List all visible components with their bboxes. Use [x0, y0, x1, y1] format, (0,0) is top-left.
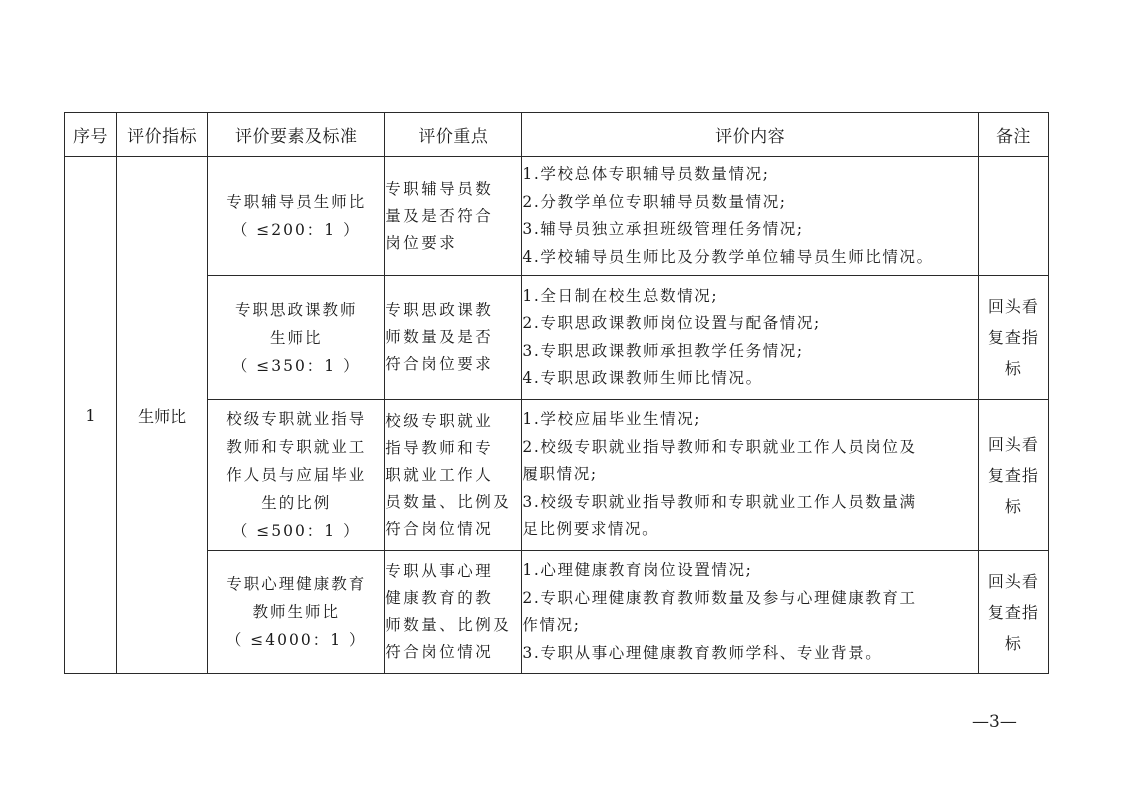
standard-line: 专职思政课教师 [208, 296, 384, 324]
standard-cell: 专职辅导员生师比 （ ≤200：1 ） [208, 157, 385, 276]
focus-line: 专职辅导员数 [385, 176, 521, 203]
standard-line: 生师比 [208, 324, 384, 352]
standard-cell: 专职心理健康教育 教师生师比 （ ≤4000：1 ） [208, 551, 385, 674]
focus-cell: 专职思政课教 师数量及是否 符合岗位要求 [385, 276, 522, 400]
focus-line: 职就业工作人 [385, 462, 521, 489]
note-line: 标 [979, 353, 1048, 384]
header-seq: 序号 [65, 113, 117, 157]
content-cell: 1.学校应届毕业生情况; 2.校级专职就业指导教师和专职就业工作人员岗位及 履职… [522, 400, 978, 551]
content-line: 3.校级专职就业指导教师和专职就业工作人员数量满 [522, 489, 977, 517]
content-cell: 1.全日制在校生总数情况; 2.专职思政课教师岗位设置与配备情况; 3.专职思政… [522, 276, 978, 400]
content-line: 1.学校应届毕业生情况; [522, 406, 977, 434]
content-line: 1.学校总体专职辅导员数量情况; [522, 161, 977, 189]
focus-line: 健康教育的教 [385, 585, 521, 612]
focus-line: 师数量及是否 [385, 324, 521, 351]
header-focus: 评价重点 [385, 113, 522, 157]
note-line: 标 [979, 628, 1048, 659]
focus-line: 师数量、比例及 [385, 612, 521, 639]
standard-line: （ ≤200：1 ） [208, 216, 384, 244]
standard-line: 教师生师比 [208, 598, 384, 626]
focus-line: 符合岗位情况 [385, 639, 521, 666]
page-number: —3— [972, 712, 1017, 732]
standard-cell: 校级专职就业指导 教师和专职就业工 作人员与应届毕业 生的比例 （ ≤500：1… [208, 400, 385, 551]
content-line: 作情况; [522, 612, 977, 640]
note-cell: 回头看 复查指 标 [978, 276, 1048, 400]
standard-line: 专职辅导员生师比 [208, 188, 384, 216]
focus-line: 员数量、比例及 [385, 489, 521, 516]
table-row: 专职心理健康教育 教师生师比 （ ≤4000：1 ） 专职从事心理 健康教育的教… [65, 551, 1049, 674]
content-line: 2.专职思政课教师岗位设置与配备情况; [522, 310, 977, 338]
focus-line: 量及是否符合 [385, 203, 521, 230]
focus-line: 专职从事心理 [385, 558, 521, 585]
focus-line: 专职思政课教 [385, 297, 521, 324]
note-line: 复查指 [979, 460, 1048, 491]
header-standard: 评价要素及标准 [208, 113, 385, 157]
content-line: 4.学校辅导员生师比及分教学单位辅导员生师比情况。 [522, 244, 977, 272]
content-line: 1.心理健康教育岗位设置情况; [522, 557, 977, 585]
focus-line: 符合岗位要求 [385, 351, 521, 378]
standard-line: 校级专职就业指导 [208, 405, 384, 433]
standard-line: （ ≤350：1 ） [208, 352, 384, 380]
header-note: 备注 [978, 113, 1048, 157]
table-row: 专职思政课教师 生师比 （ ≤350：1 ） 专职思政课教 师数量及是否 符合岗… [65, 276, 1049, 400]
note-cell: 回头看 复查指 标 [978, 551, 1048, 674]
note-line: 复查指 [979, 597, 1048, 628]
standard-line: 专职心理健康教育 [208, 570, 384, 598]
content-line: 4.专职思政课教师生师比情况。 [522, 365, 977, 393]
standard-line: 生的比例 [208, 489, 384, 517]
note-line: 回头看 [979, 566, 1048, 597]
content-line: 2.校级专职就业指导教师和专职就业工作人员岗位及 [522, 434, 977, 462]
content-line: 履职情况; [522, 461, 977, 489]
note-line: 标 [979, 491, 1048, 522]
content-line: 3.辅导员独立承担班级管理任务情况; [522, 216, 977, 244]
content-line: 3.专职思政课教师承担教学任务情况; [522, 338, 977, 366]
focus-cell: 专职辅导员数 量及是否符合 岗位要求 [385, 157, 522, 276]
header-indicator: 评价指标 [117, 113, 208, 157]
focus-cell: 专职从事心理 健康教育的教 师数量、比例及 符合岗位情况 [385, 551, 522, 674]
content-line: 1.全日制在校生总数情况; [522, 283, 977, 311]
content-line: 足比例要求情况。 [522, 516, 977, 544]
focus-cell: 校级专职就业 指导教师和专 职就业工作人 员数量、比例及 符合岗位情况 [385, 400, 522, 551]
note-line: 回头看 [979, 291, 1048, 322]
standard-line: 教师和专职就业工 [208, 433, 384, 461]
focus-line: 校级专职就业 [385, 408, 521, 435]
focus-line: 岗位要求 [385, 230, 521, 257]
header-content: 评价内容 [522, 113, 978, 157]
note-cell: 回头看 复查指 标 [978, 400, 1048, 551]
note-line: 复查指 [979, 322, 1048, 353]
content-line: 2.分教学单位专职辅导员数量情况; [522, 189, 977, 217]
standard-line: （ ≤500：1 ） [208, 517, 384, 545]
standard-line: 作人员与应届毕业 [208, 461, 384, 489]
focus-line: 符合岗位情况 [385, 516, 521, 543]
seq-cell: 1 [65, 157, 117, 674]
note-cell [978, 157, 1048, 276]
standard-line: （ ≤4000：1 ） [208, 626, 384, 654]
content-line: 3.专职从事心理健康教育教师学科、专业背景。 [522, 640, 977, 668]
table-row: 1 生师比 专职辅导员生师比 （ ≤200：1 ） 专职辅导员数 量及是否符合 … [65, 157, 1049, 276]
note-line: 回头看 [979, 429, 1048, 460]
focus-line: 指导教师和专 [385, 435, 521, 462]
evaluation-table: 序号 评价指标 评价要素及标准 评价重点 评价内容 备注 1 生师比 专职辅导员… [64, 112, 1049, 674]
table-header-row: 序号 评价指标 评价要素及标准 评价重点 评价内容 备注 [65, 113, 1049, 157]
content-line: 2.专职心理健康教育教师数量及参与心理健康教育工 [522, 585, 977, 613]
content-cell: 1.心理健康教育岗位设置情况; 2.专职心理健康教育教师数量及参与心理健康教育工… [522, 551, 978, 674]
content-cell: 1.学校总体专职辅导员数量情况; 2.分教学单位专职辅导员数量情况; 3.辅导员… [522, 157, 978, 276]
table-row: 校级专职就业指导 教师和专职就业工 作人员与应届毕业 生的比例 （ ≤500：1… [65, 400, 1049, 551]
standard-cell: 专职思政课教师 生师比 （ ≤350：1 ） [208, 276, 385, 400]
indicator-cell: 生师比 [117, 157, 208, 674]
